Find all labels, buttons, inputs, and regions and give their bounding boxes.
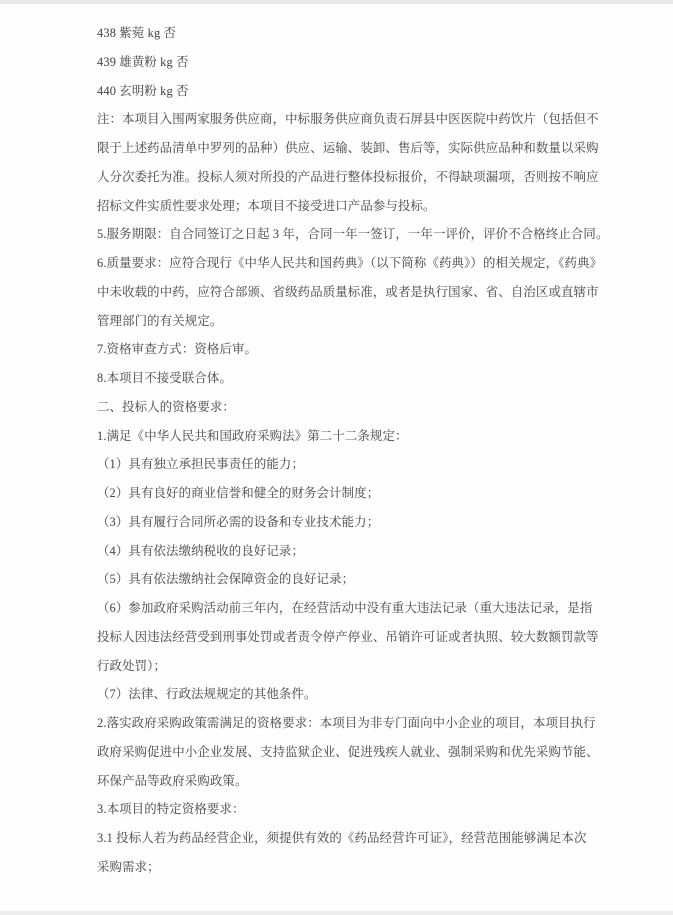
qualification-review-method-line: 7.资格审查方式：资格后审。 bbox=[97, 335, 585, 364]
qualification-item-1: （1）具有独立承担民事责任的能力； bbox=[97, 450, 585, 479]
note-paragraph-line-2: 限于上述药品清单中罗列的品种）供应、运输、装卸、售后等，实际供应品种和数量以采购 bbox=[97, 134, 585, 163]
qualification-item-7: （7）法律、行政法规规定的其他条件。 bbox=[97, 680, 585, 709]
quality-requirement-line-1: 6.质量要求：应符合现行《中华人民共和国药典》（以下简称《药典》）的相关规定，《… bbox=[97, 249, 585, 278]
policy-requirement-line-2: 政府采购促进中小企业发展、支持监狱企业、促进残疾人就业、强制采购和优先采购节能、 bbox=[97, 738, 585, 767]
note-paragraph-line-4: 招标文件实质性要求处理；本项目不接受进口产品参与投标。 bbox=[97, 192, 585, 221]
qualification-item-2: （2）具有良好的商业信誉和健全的财务会计制度； bbox=[97, 479, 585, 508]
qualification-item-4: （4）具有依法缴纳税收的良好记录； bbox=[97, 537, 585, 566]
law-article-22-line: 1.满足《中华人民共和国政府采购法》第二十二条规定： bbox=[97, 422, 585, 451]
drug-list-row-438: 438 紫菀 kg 否 bbox=[97, 19, 585, 48]
qualification-item-3: （3）具有履行合同所必需的设备和专业技术能力； bbox=[97, 508, 585, 537]
specific-qualification-line-1: 3.1 投标人若为药品经营企业，须提供有效的《药品经营许可证》，经营范围能够满足… bbox=[97, 824, 585, 853]
no-consortium-line: 8.本项目不接受联合体。 bbox=[97, 364, 585, 393]
quality-requirement-line-3: 管理部门的有关规定。 bbox=[97, 307, 585, 336]
qualification-item-6-line-1: （6）参加政府采购活动前三年内，在经营活动中没有重大违法记录（重大违法记录，是指 bbox=[97, 594, 585, 623]
quality-requirement-line-2: 中未收载的中药，应符合部颁、省级药品质量标准，或者是执行国家、省、自治区或直辖市 bbox=[97, 278, 585, 307]
document-text-block: 438 紫菀 kg 否 439 雄黄粉 kg 否 440 玄明粉 kg 否 注：… bbox=[97, 19, 585, 882]
policy-requirement-line-3: 环保产品等政府采购政策。 bbox=[97, 767, 585, 796]
scan-edge-top bbox=[0, 0, 673, 4]
specific-qualification-heading: 3.本项目的特定资格要求： bbox=[97, 795, 585, 824]
section-heading-bidder-qualifications: 二、投标人的资格要求： bbox=[97, 393, 585, 422]
note-paragraph-line-3: 人分次委托为准。投标人须对所投的产品进行整体投标报价，不得缺项漏项，否则按不响应 bbox=[97, 163, 585, 192]
drug-list-row-440: 440 玄明粉 kg 否 bbox=[97, 77, 585, 106]
specific-qualification-line-2: 采购需求； bbox=[97, 853, 585, 882]
qualification-item-5: （5）具有依法缴纳社会保障资金的良好记录； bbox=[97, 565, 585, 594]
qualification-item-6-line-2: 投标人因违法经营受到刑事处罚或者责令停产停业、吊销许可证或者执照、较大数额罚款等 bbox=[97, 623, 585, 652]
drug-list-row-439: 439 雄黄粉 kg 否 bbox=[97, 48, 585, 77]
service-term-line: 5.服务期限：自合同签订之日起 3 年，合同一年一签订，一年一评价，评价不合格终… bbox=[97, 220, 585, 249]
scan-edge-bottom bbox=[0, 911, 673, 915]
policy-requirement-line-1: 2.落实政府采购政策需满足的资格要求：本项目为非专门面向中小企业的项目，本项目执… bbox=[97, 709, 585, 738]
note-paragraph-line-1: 注：本项目入围两家服务供应商，中标服务供应商负责石屏县中医医院中药饮片（包括但不 bbox=[97, 105, 585, 134]
scanned-document-page: 438 紫菀 kg 否 439 雄黄粉 kg 否 440 玄明粉 kg 否 注：… bbox=[0, 0, 673, 915]
qualification-item-6-line-3: 行政处罚）； bbox=[97, 652, 585, 681]
